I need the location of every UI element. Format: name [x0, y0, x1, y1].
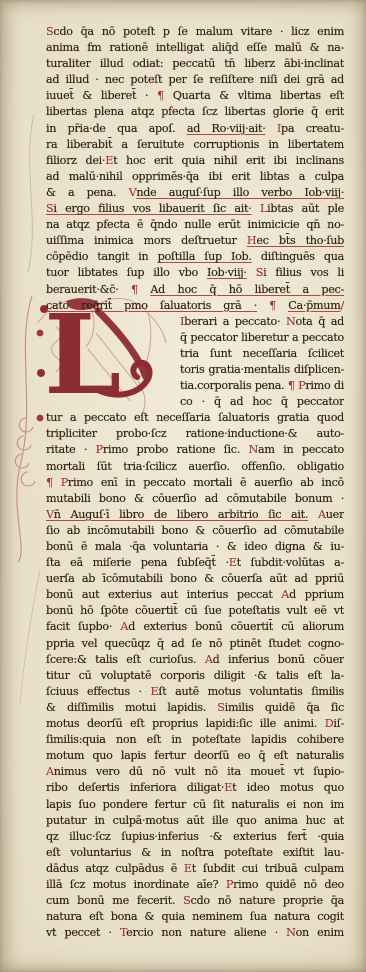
text-line: cato req̄rit̄ pmo ſaluatoris grā · ¶ Ca·… [46, 298, 344, 314]
text-line: ribo deſertis inferiora diligat·Et ideo … [46, 780, 344, 796]
text-line: ra liberabit̄ a ſeruitute corruptionis i… [46, 137, 344, 153]
text-line: bonū hō ſpōte cōuertit̄ cū ſue poteſtati… [46, 603, 344, 619]
text-line: ſimilis:quia non eſt in poteſtate lapidi… [46, 732, 344, 748]
text-line: ſta eā miſerie pena ſubſeq̄t̄ ·Et ſubdit… [46, 555, 344, 571]
text-line: titur cū voluptatē corporis diligit ·& t… [46, 668, 344, 684]
text-line: bonū aut exterius aut interius peccat Ad… [46, 587, 344, 603]
text-line: Animus vero dū nō vult nō ita mouet̄ vt … [46, 764, 344, 780]
text-line: ad illud · nec poteſt per ſe reſiſtere n… [46, 72, 344, 88]
text-line: tia.corporalis pena. ¶ Primo di [180, 378, 344, 394]
text-line: co · q̄ ad hoc q̄ peccator libere- [180, 394, 344, 410]
text-line: Scdo q̄a nō poteſt p ſe malum vitare · l… [46, 24, 344, 40]
text-line: dādus atqz culpādus ē Et ſubdit cui trib… [46, 861, 344, 877]
text-line: na atqz pfecta ē q̄ndo nulle erūt inimic… [46, 217, 344, 233]
text-line: Vn̄ Auguſ·ī libro de libero arbitrio ſic… [46, 507, 344, 523]
text-line: anima fm rationē intelligat aliq̄d eſſe … [46, 40, 344, 56]
text-line: in pr̄ia·de qua apoſ. ad Ro·viij·ait· Ip… [46, 121, 344, 137]
text-line: & a pena. Vnde auguſ·ſup illo verbo Iob·… [46, 185, 344, 201]
text-line: Iberari a peccato· Nota q̄ ad hoc [180, 314, 344, 330]
text-line: facit ſupbo· Ad exterius bonū cōuertit̄ … [46, 619, 344, 635]
text-line: & diſſimilis motui lapidis. Similis quid… [46, 700, 344, 716]
text-line: filiorz dei·Et hoc erit quia nihil erit … [46, 153, 344, 169]
text-line: putatur in culpā·motus aūt ille quo anim… [46, 813, 344, 829]
text-line: eſt voluntarius & in noſtra poteſtate ex… [46, 845, 344, 861]
text-line: motus deorſū eſt proprius lapidi:ſic ill… [46, 716, 344, 732]
manuscript-page: L Scdo q̄a nō poteſt p ſe malum vitare ·… [0, 0, 366, 972]
text-line: uerſa ab īcōmutabili bono & cōuerſa aūt … [46, 571, 344, 587]
text-line: iuuet̄ & liberet̄ · ¶ Quarta & vltima li… [46, 88, 344, 104]
text-line: tria ſunt neceſſaria ſcilicet ſalua [180, 346, 344, 362]
text-line: natura eſt bona & quia neminem ſua natur… [46, 909, 344, 925]
text-line: turaliter illud odiat: peccatū tn̄ liber… [46, 56, 344, 72]
text-line: cum bonū me fecerit. Scdo nō nature prop… [46, 893, 344, 909]
text-line: uiſſima inimica mors deſtruetur Hec bt̄s… [46, 233, 344, 249]
text-line: q̄ peccator liberetur a peccato [180, 330, 344, 346]
text-line: ſio ab incōmutabili bono & cōuerſio ad c… [46, 523, 344, 539]
text-line: illā ſcz motus inordinate aīe? Primo qui… [46, 877, 344, 893]
text-line: bonū ē mala ·q̄a voluntaria · & ideo dig… [46, 539, 344, 555]
text-line: toris gratia·mentalis diſplicen- [180, 362, 344, 378]
text-block: Scdo q̄a nō poteſt p ſe malum vitare · l… [46, 24, 344, 941]
text-line: mutabili bono & cōuerſio ad cōmutabile b… [46, 491, 344, 507]
text-line: vt peccet · Tercio non nature aliene · N… [46, 925, 344, 941]
text-line: ¶ Primo enī in peccato mortali ē auerſio… [46, 475, 344, 491]
text-line: Si ergo filius vos libauerit ſic ait· Li… [46, 201, 344, 217]
text-line: cōpēdio tangit in poſtilla ſup Iob. diſt… [46, 249, 344, 265]
text-line: ppria vel quecūqz q̄ ad ſe nō ptinēt ſtu… [46, 636, 344, 652]
text-line: ritate · Primo probo ratione ſic. Nam in… [46, 442, 344, 458]
text-line: ſciuus effectus · Eſt autē motus volunta… [46, 684, 344, 700]
text-line: mortali ſūt tria·ſcilicz auerſio. offenſ… [46, 459, 344, 475]
text-line: tripliciter probo·ſcz ratione·inductione… [46, 426, 344, 442]
text-line: ad malū·nihil opprimēs·q̄a ibi erit libt… [46, 169, 344, 185]
text-line: motum quo lapis fertur deorſū eo q̄ eſt … [46, 748, 344, 764]
text-line: qz illuc·ſcz ſupius·inferius ·& exterius… [46, 829, 344, 845]
text-line: lapis ſuo pondere fertur cū ſit naturali… [46, 797, 344, 813]
text-line: tur a peccato eſt neceſſaria ſaluatoris … [46, 410, 344, 426]
text-line: libertas plena atqz pfecta ſcz libertas … [46, 104, 344, 120]
text-line: ſcere:& talis eſt curioſus. Ad inferius … [46, 652, 344, 668]
text-line: tuor libtates ſup illo vbo Iob·viij· Si … [46, 265, 344, 281]
text-line: berauerit·&c̄· ¶ Ad hoc q̄ hō liberet̄ a… [46, 282, 344, 298]
